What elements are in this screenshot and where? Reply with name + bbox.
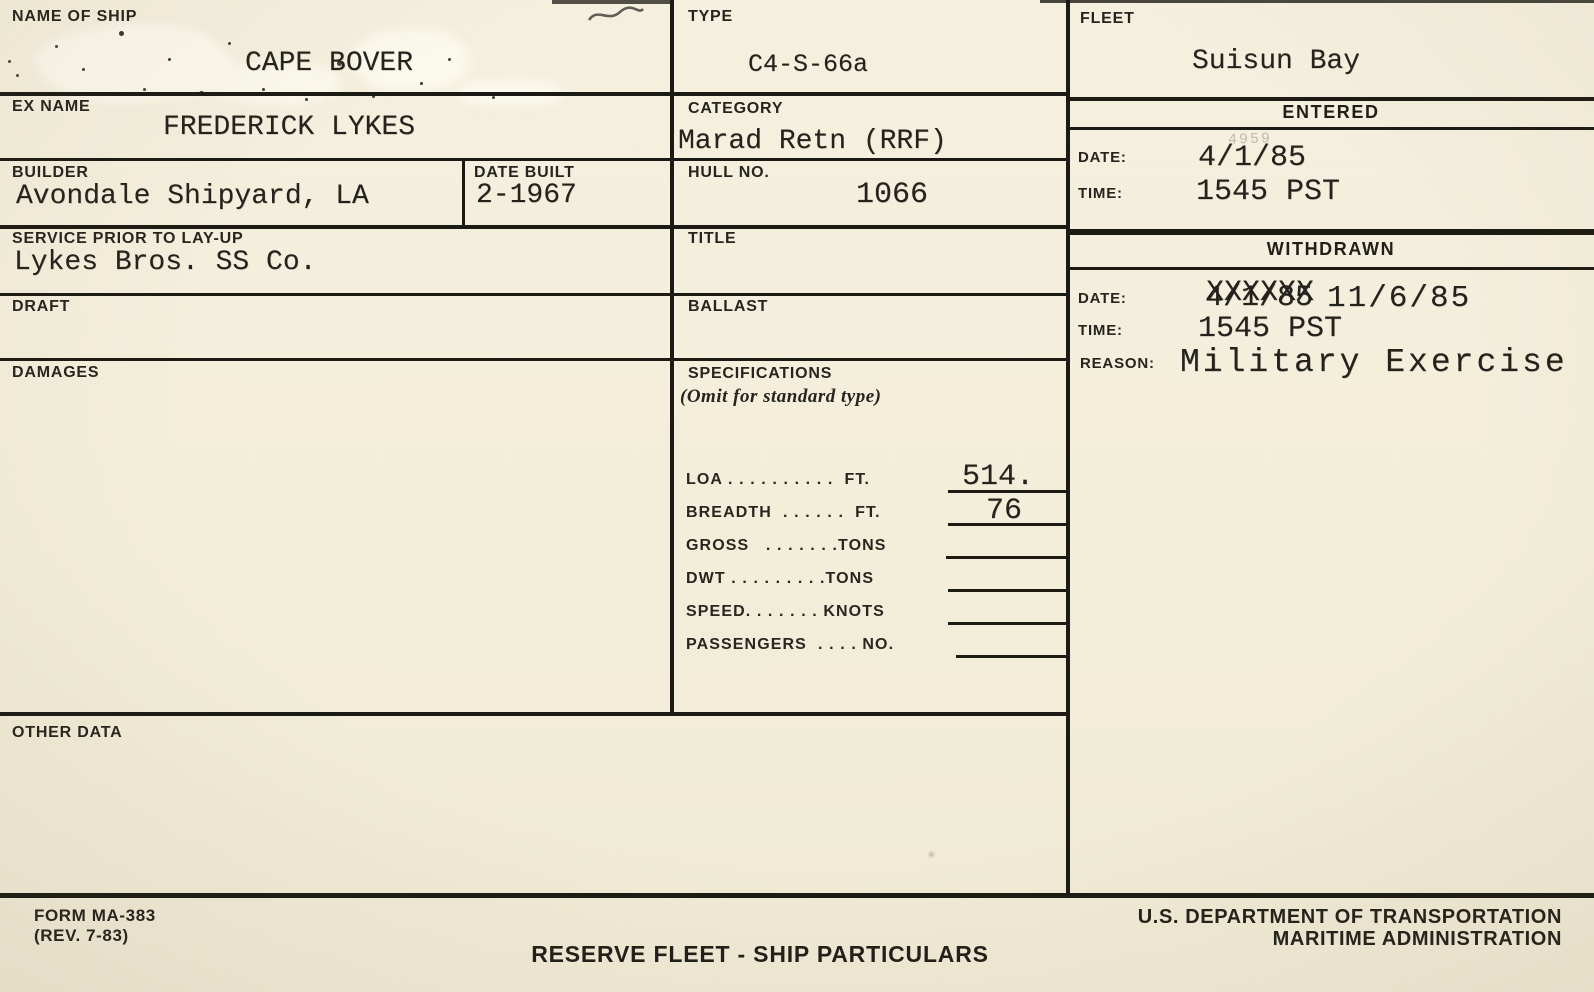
service-prior-value: Lykes Bros. SS Co. [14, 247, 316, 278]
withdrawn-header: WITHDRAWN [1068, 239, 1594, 260]
agency-line1: U.S. DEPARTMENT OF TRANSPORTATION [1138, 906, 1562, 929]
pen-squiggle [585, 4, 647, 28]
withdrawn-time-value: 1545 PST [1198, 312, 1342, 346]
fleet-value: Suisun Bay [1192, 46, 1360, 77]
agency-line2: MARITIME ADMINISTRATION [1273, 928, 1562, 951]
spec-passengers-label: PASSENGERS . . . . NO. [686, 636, 894, 654]
name-of-ship-value: CAPE BOVER [245, 48, 413, 79]
rule-card-bottom [0, 893, 1594, 898]
title-label: TITLE [688, 230, 736, 248]
spec-dwt-line [948, 589, 1068, 592]
rule-under-draft-row [0, 358, 1068, 361]
ship-particulars-card: NAME OF SHIP CAPE BOVER EX NAME FREDERIC… [0, 0, 1594, 992]
hull-no-label: HULL NO. [688, 164, 770, 182]
service-prior-label: SERVICE PRIOR TO LAY-UP [12, 230, 244, 248]
spec-speed-label: SPEED. . . . . . . KNOTS [686, 603, 885, 621]
form-revision: (REV. 7-83) [34, 926, 129, 946]
rule-above-other-data [0, 712, 1068, 716]
fleet-label: FLEET [1080, 10, 1135, 28]
spec-breadth-value: 76 [986, 494, 1022, 528]
rule-under-entered-header [1068, 127, 1594, 130]
spec-gross-line [946, 556, 1068, 559]
ex-name-label: EX NAME [12, 98, 91, 116]
rule-col-divider-1 [670, 0, 674, 714]
spec-breadth-label: BREADTH . . . . . . FT. [686, 504, 881, 522]
draft-label: DRAFT [12, 298, 70, 316]
spec-speed-line [948, 622, 1068, 625]
footer-title: RESERVE FLEET - SHIP PARTICULARS [500, 941, 1020, 968]
rule-under-service-row [0, 293, 1068, 296]
rule-above-withdrawn [1068, 229, 1594, 235]
rule-under-withdrawn-header [1068, 267, 1594, 270]
other-data-label: OTHER DATA [12, 724, 123, 742]
rule-under-fleet [1068, 97, 1594, 101]
spec-loa-label: LOA . . . . . . . . . . FT. [686, 471, 870, 489]
form-number: FORM MA-383 [34, 906, 156, 926]
date-built-value: 2-1967 [476, 180, 577, 211]
entered-date-label: DATE: [1078, 149, 1127, 166]
spec-passengers-line [956, 655, 1068, 658]
withdrawn-date-struck: 4/1/85XXXXXX [1205, 281, 1313, 315]
category-label: CATEGORY [688, 100, 783, 118]
withdrawn-date-label: DATE: [1078, 290, 1127, 307]
spec-dwt-label: DWT . . . . . . . . .TONS [686, 570, 874, 588]
type-value: C4-S-66a [748, 50, 868, 79]
withdrawn-date-strikeover: XXXXXX [1206, 276, 1314, 310]
spec-gross-label: GROSS . . . . . . .TONS [686, 537, 887, 555]
specifications-note: (Omit for standard type) [680, 386, 881, 408]
scan-edge-mark [552, 0, 672, 4]
rule-under-name-row [0, 92, 1068, 96]
spec-loa-value: 514. [962, 460, 1034, 494]
entered-header: ENTERED [1068, 102, 1594, 123]
ballast-label: BALLAST [688, 298, 768, 316]
entered-time-value: 1545 PST [1196, 175, 1340, 209]
specifications-label: SPECIFICATIONS [688, 365, 832, 383]
withdrawn-reason-value: Military Exercise [1180, 344, 1568, 381]
entered-date-value: 4/1/85 [1198, 141, 1306, 175]
withdrawn-time-label: TIME: [1078, 322, 1123, 339]
name-of-ship-label: NAME OF SHIP [12, 8, 137, 26]
paper-stain [35, 24, 235, 102]
builder-value: Avondale Shipyard, LA [16, 181, 369, 212]
withdrawn-reason-label: REASON: [1080, 355, 1155, 372]
hull-no-value: 1066 [856, 178, 928, 212]
rule-under-builder-row [0, 225, 1068, 229]
ex-name-value: FREDERICK LYKES [163, 112, 415, 143]
rule-datebuilt-divider [462, 158, 465, 228]
withdrawn-date-value: 11/6/85 [1327, 281, 1471, 316]
category-value: Marad Retn (RRF) [678, 126, 947, 157]
entered-time-label: TIME: [1078, 185, 1123, 202]
paper-specks [55, 45, 58, 48]
builder-label: BUILDER [12, 164, 89, 182]
damages-label: DAMAGES [12, 364, 99, 382]
type-label: TYPE [688, 8, 733, 26]
rule-col-divider-2 [1066, 0, 1070, 896]
scan-edge-mark [1040, 0, 1594, 3]
rule-under-exname-row [0, 158, 1068, 161]
